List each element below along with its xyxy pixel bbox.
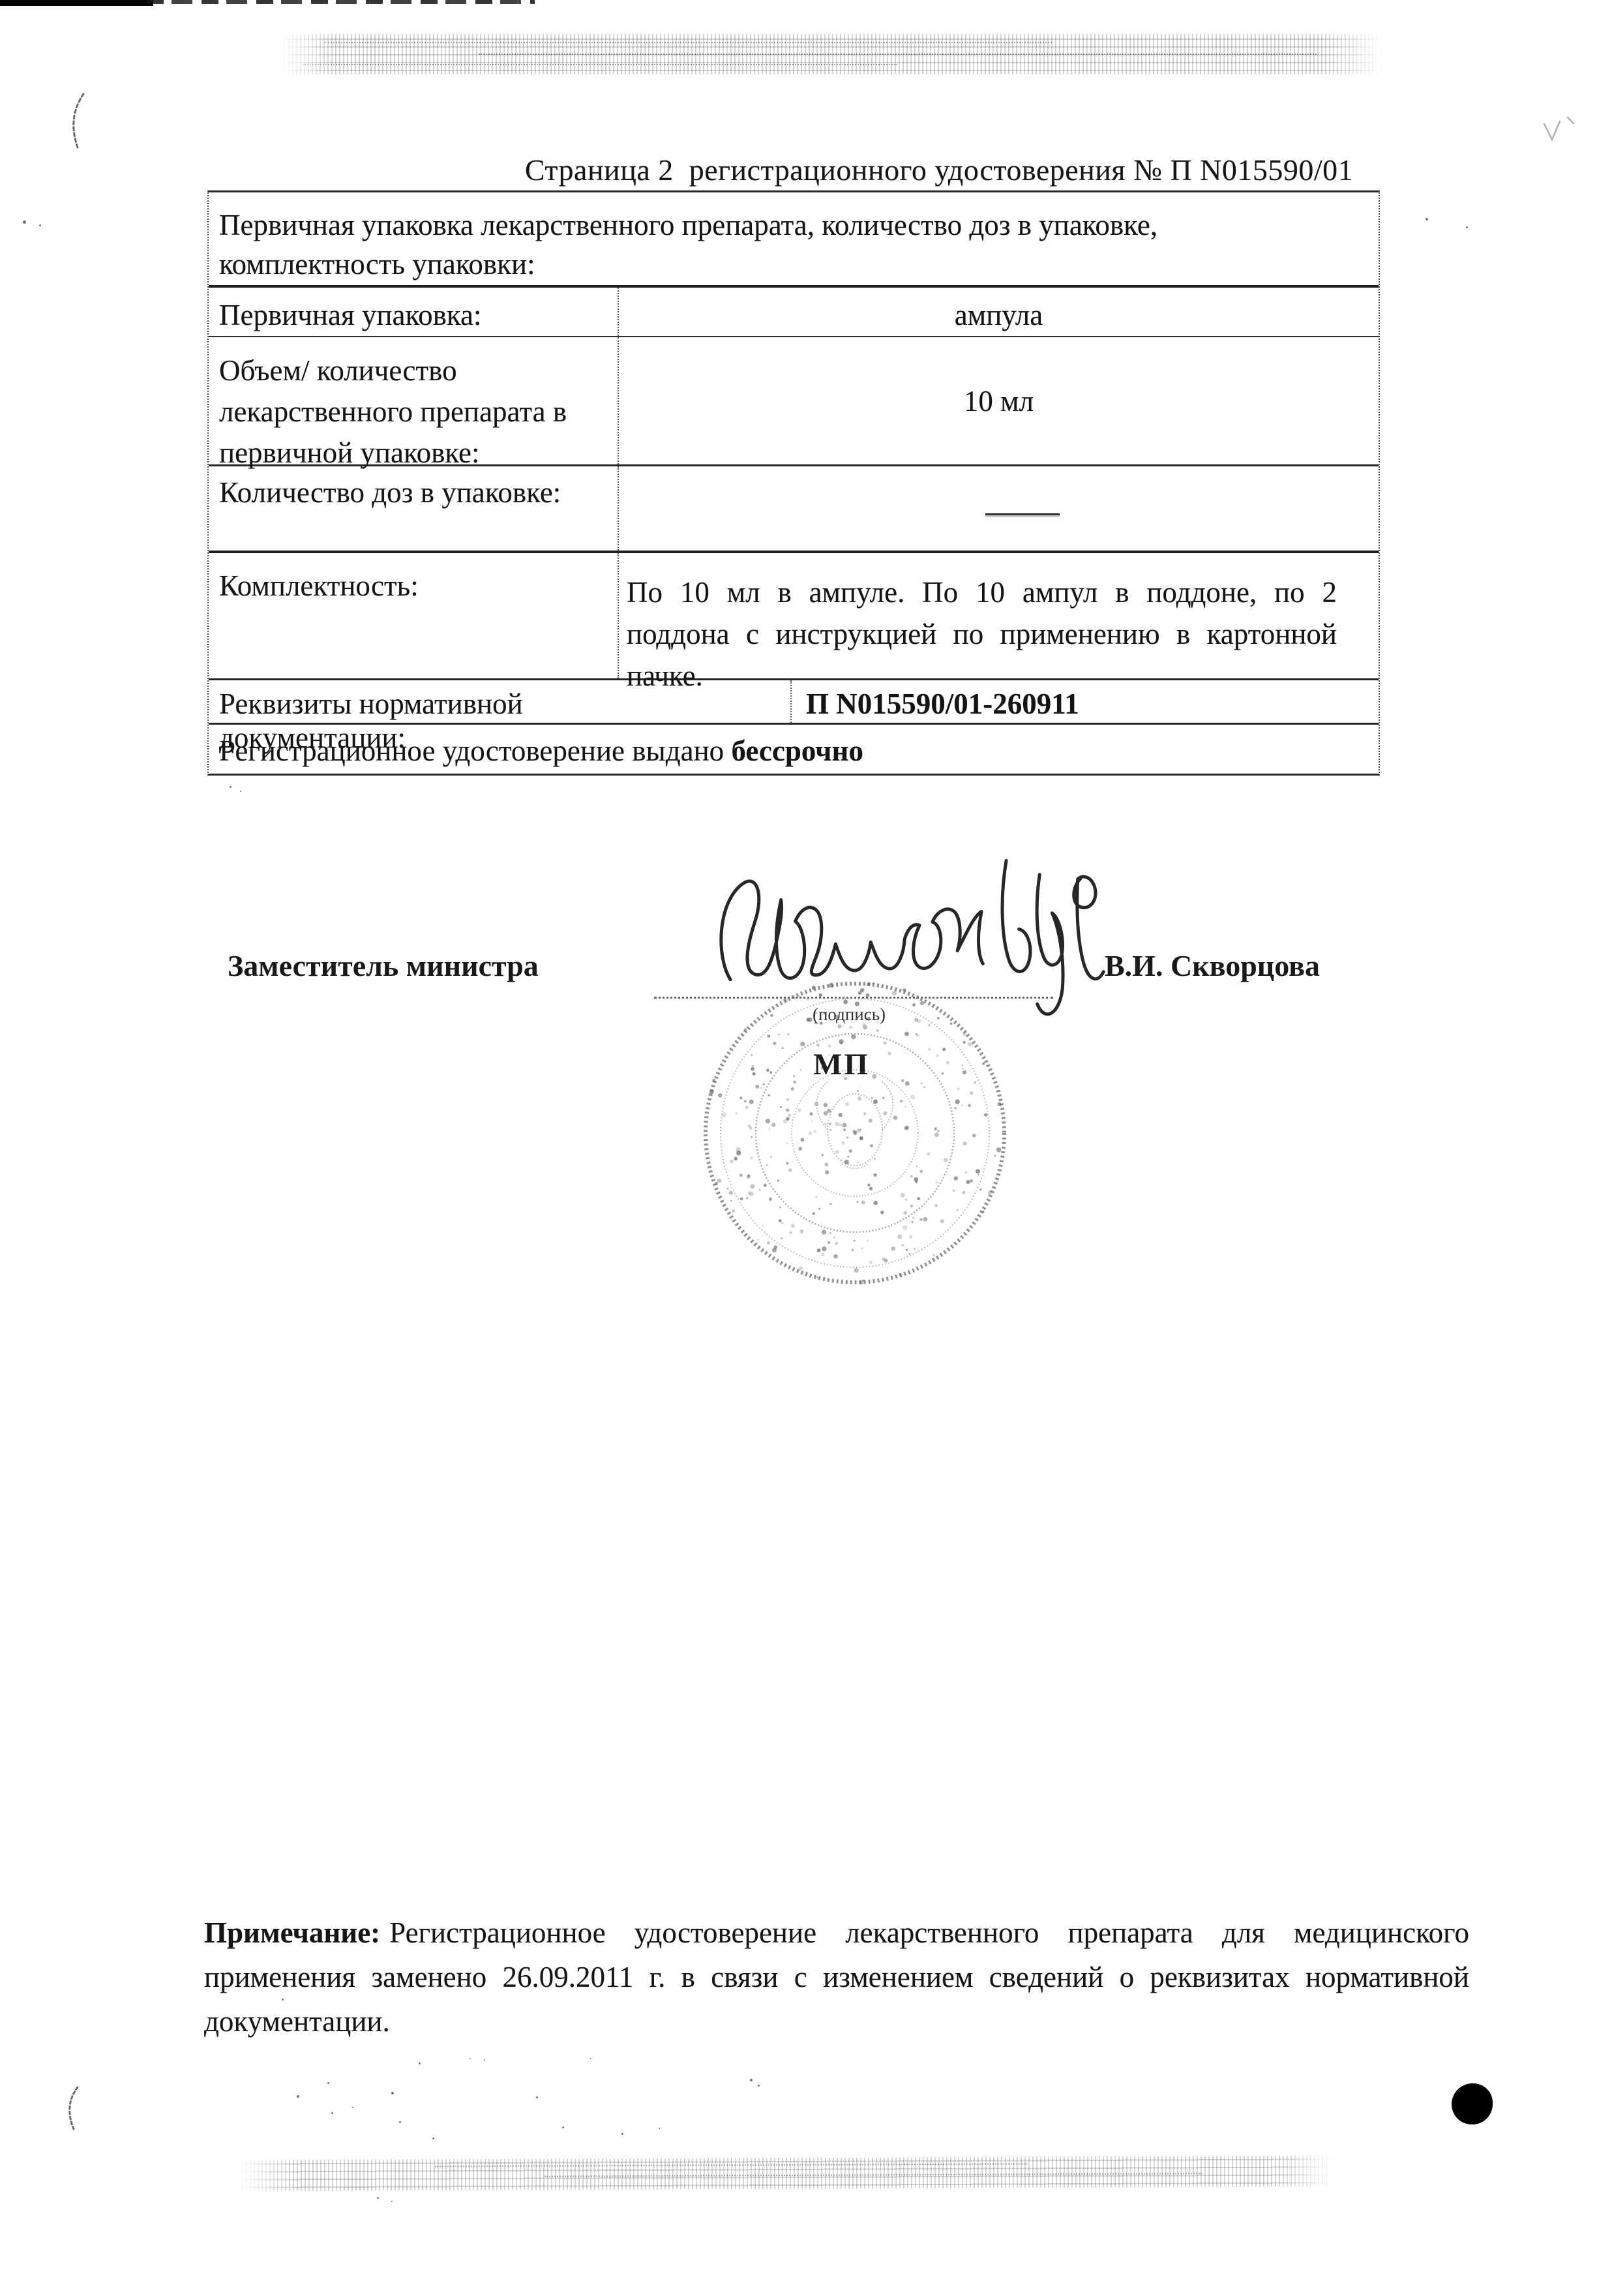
pen-mark-top-right (1543, 115, 1577, 147)
row-value: ампула (618, 288, 1379, 336)
header-line-2: комплектность упаковки: (219, 245, 1313, 284)
row-label: Комплектность: (209, 553, 618, 678)
issued-term-bold: бессрочно (731, 734, 863, 767)
pen-mark-top-left (69, 93, 93, 149)
table-header-row: Первичная упаковка лекарственного препар… (209, 192, 1379, 288)
table-row-volume: Объем/ количество лекарственного препара… (209, 337, 1379, 466)
row-value: 10 мл (618, 337, 1379, 464)
row-value: По 10 мл в ампуле. По 10 ампул в поддоне… (618, 553, 1379, 678)
row-label: Реквизиты нормативной документации: (209, 680, 618, 723)
row-label: Первичная упаковка: (209, 288, 618, 336)
note-label: Примечание: (204, 1916, 380, 1949)
scan-top-edge-bar (0, 0, 153, 6)
signature-caption: (подпись) (797, 1004, 901, 1025)
row-label: Количество доз в упаковке: (209, 466, 618, 551)
scan-noise-streak-top (280, 34, 1382, 74)
row-value: П N015590/01-260911 (790, 680, 1379, 723)
scan-noise-streak-bottom (238, 2155, 1334, 2191)
row-value (618, 466, 1379, 551)
scanned-document-page: Страница 2 регистрационного удостоверени… (0, 0, 1612, 2296)
scan-top-edge-bar-broken (147, 0, 535, 4)
handwritten-signature (704, 841, 1148, 1057)
table-row-issued: Регистрационное удостоверение выдано бес… (209, 725, 1379, 778)
note-paragraph: Примечание:Регистрационное удостоверение… (204, 1911, 1469, 2044)
note-line-3: документации. (204, 1999, 1469, 2044)
pen-mark-bottom-left (65, 2086, 85, 2130)
table-row-doses: Количество доз в упаковке: (209, 466, 1379, 553)
empty-value-dash (985, 513, 1060, 515)
row-text: Регистрационное удостоверение выдано бес… (209, 725, 1379, 768)
seal-place-mark: МП (813, 1047, 870, 1082)
note-line-1: Примечание:Регистрационное удостоверение… (204, 1911, 1469, 1955)
signer-position-label: Заместитель министра (228, 947, 539, 985)
note-line-2: применения заменено 26.09.2011 г. в связ… (204, 1955, 1469, 1999)
registration-table: Первичная упаковка лекарственного препар… (207, 190, 1380, 776)
table-row-primary-pack: Первичная упаковка: ампула (209, 288, 1379, 337)
page-title: Страница 2 регистрационного удостоверени… (450, 151, 1428, 189)
black-ink-dot (1452, 2083, 1493, 2124)
row-label: Объем/ количество лекарственного препара… (209, 337, 618, 464)
table-row-requisites: Реквизиты нормативной документации: П N0… (209, 680, 1379, 725)
header-line-1: Первичная упаковка лекарственного препар… (219, 205, 1313, 245)
table-row-completeness: Комплектность: По 10 мл в ампуле. По 10 … (209, 553, 1379, 680)
